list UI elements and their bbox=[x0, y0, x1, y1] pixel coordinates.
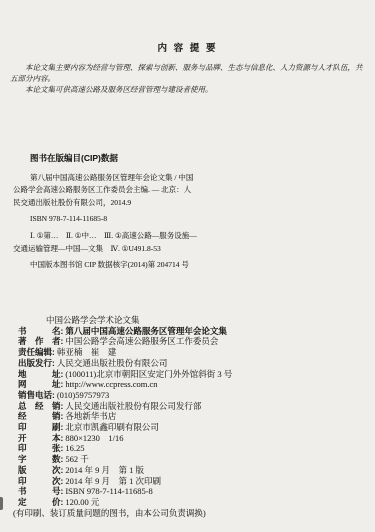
row-distributor: 总 经 销:人民交通出版社股份有限公司发行部 bbox=[18, 401, 369, 412]
row-retailer: 经 销:各地新华书店 bbox=[18, 411, 369, 422]
row-label: 销售电话: bbox=[18, 390, 55, 400]
series-title: 中国公路学会学术论文集 bbox=[46, 315, 369, 326]
cip-record-line: 民交通出版社股份有限公司，2014.9 bbox=[13, 197, 263, 210]
row-impression: 印 次:2014 年 9 月 第 1 次印刷 bbox=[18, 476, 369, 487]
summary-body: 本论文集主要内容为经营与管理、探索与创新、服务与品牌、生态与信息化、人力资源与人… bbox=[10, 62, 365, 95]
row-value: (100011)北京市朝阳区安定门外外馆斜街 3 号 bbox=[65, 369, 232, 379]
row-label: 印 张: bbox=[18, 443, 63, 453]
row-label: 著 作 者: bbox=[18, 336, 63, 346]
copyright-page: 内 容 提 要 本论文集主要内容为经营与管理、探索与创新、服务与品牌、生态与信息… bbox=[0, 0, 375, 532]
row-label: 责任编辑: bbox=[18, 347, 55, 357]
cip-isbn: ISBN 978-7-114-11685-8 bbox=[30, 213, 263, 226]
row-value: 2014 年 9 月 第 1 次印刷 bbox=[65, 476, 161, 486]
row-printer: 印 刷:北京市凯鑫印刷有限公司 bbox=[18, 422, 369, 433]
row-value: 120.00 元 bbox=[65, 497, 99, 507]
row-publisher: 出版发行:人民交通出版社股份有限公司 bbox=[18, 358, 369, 369]
row-label: 出版发行: bbox=[18, 358, 55, 368]
summary-paragraph: 本论文集可供高速公路及服务区经营管理与建设者使用。 bbox=[10, 84, 365, 95]
row-word-count: 字 数:562 千 bbox=[18, 454, 369, 465]
row-label: 网 址: bbox=[18, 379, 63, 389]
row-format: 开 本:880×1230 1/16 bbox=[18, 433, 369, 444]
row-value: (010)59757973 bbox=[57, 390, 109, 400]
summary-title: 内 容 提 要 bbox=[10, 40, 365, 54]
row-address: 地 址:(100011)北京市朝阳区安定门外外馆斜街 3 号 bbox=[18, 369, 369, 380]
row-label: 开 本: bbox=[18, 433, 63, 443]
cip-registry-number: 中国版本图书馆 CIP 数据核字(2014)第 204714 号 bbox=[30, 259, 263, 272]
row-label: 书 号: bbox=[18, 486, 63, 496]
row-value: 中国公路学会高速公路服务区工作委员会 bbox=[65, 336, 218, 346]
row-editor: 责任编辑:韩亚楠 崔 建 bbox=[18, 347, 369, 358]
row-label: 版 次: bbox=[18, 465, 63, 475]
row-price: 定 价:120.00 元 bbox=[18, 497, 369, 508]
row-value: ISBN 978-7-114-11685-8 bbox=[65, 486, 152, 496]
row-label: 印 次: bbox=[18, 476, 63, 486]
row-label: 字 数: bbox=[18, 454, 63, 464]
row-edition: 版 次:2014 年 9 月 第 1 版 bbox=[18, 465, 369, 476]
cip-header: 图书在版编目(CIP)数据 bbox=[30, 152, 263, 165]
row-value: 北京市凯鑫印刷有限公司 bbox=[65, 422, 159, 432]
content-summary-section: 内 容 提 要 本论文集主要内容为经营与管理、探索与创新、服务与品牌、生态与信息… bbox=[10, 40, 365, 95]
summary-paragraph: 本论文集主要内容为经营与管理、探索与创新、服务与品牌、生态与信息化、人力资源与人… bbox=[10, 62, 365, 84]
row-value: 2014 年 9 月 第 1 版 bbox=[65, 465, 144, 475]
quality-note: (有印刷、装订质量问题的图书，由本公司负责调换) bbox=[13, 508, 369, 519]
row-value: 各地新华书店 bbox=[65, 411, 116, 421]
row-label: 地 址: bbox=[18, 369, 63, 379]
row-website: 网 址:http://www.ccpress.com.cn bbox=[18, 379, 369, 390]
cip-record-line: 公路学会高速公路服务区工作委员会主编. — 北京：人 bbox=[13, 184, 263, 197]
row-sales-phone: 销售电话:(010)59757973 bbox=[18, 390, 369, 401]
row-printed-sheets: 印 张:16.25 bbox=[18, 443, 369, 454]
colophon-section: 中国公路学会学术论文集 书 名:第八届中国高速公路服务区管理年会论文集 著 作 … bbox=[18, 315, 369, 518]
scan-smudge bbox=[0, 497, 3, 510]
row-book-title: 书 名:第八届中国高速公路服务区管理年会论文集 bbox=[18, 326, 369, 337]
cip-section: 图书在版编目(CIP)数据 第八届中国高速公路服务区管理年会论文集 / 中国 公… bbox=[13, 152, 263, 272]
row-value: 人民交通出版社股份有限公司 bbox=[57, 358, 168, 368]
row-value: 880×1230 1/16 bbox=[65, 433, 123, 443]
row-label: 书 名: bbox=[18, 326, 63, 336]
row-value: 16.25 bbox=[65, 443, 84, 453]
row-value: http://www.ccpress.com.cn bbox=[65, 379, 157, 389]
row-label: 经 销: bbox=[18, 411, 63, 421]
row-value: 人民交通出版社股份有限公司发行部 bbox=[65, 401, 201, 411]
row-value: 562 千 bbox=[65, 454, 88, 464]
row-author: 著 作 者:中国公路学会高速公路服务区工作委员会 bbox=[18, 336, 369, 347]
cip-classification-line: 交通运输管理—中国—文集 Ⅳ. ①U491.8-53 bbox=[13, 243, 263, 256]
row-isbn: 书 号:ISBN 978-7-114-11685-8 bbox=[18, 486, 369, 497]
row-label: 印 刷: bbox=[18, 422, 63, 432]
cip-classification-line: Ⅰ. ①第… Ⅱ. ①中… Ⅲ. ①高速公路—服务设施— bbox=[30, 230, 263, 243]
row-label: 总 经 销: bbox=[18, 401, 63, 411]
row-value: 韩亚楠 崔 建 bbox=[57, 347, 117, 357]
row-value: 第八届中国高速公路服务区管理年会论文集 bbox=[65, 326, 227, 336]
cip-record-line: 第八届中国高速公路服务区管理年会论文集 / 中国 bbox=[30, 172, 263, 185]
row-label: 定 价: bbox=[18, 497, 63, 507]
